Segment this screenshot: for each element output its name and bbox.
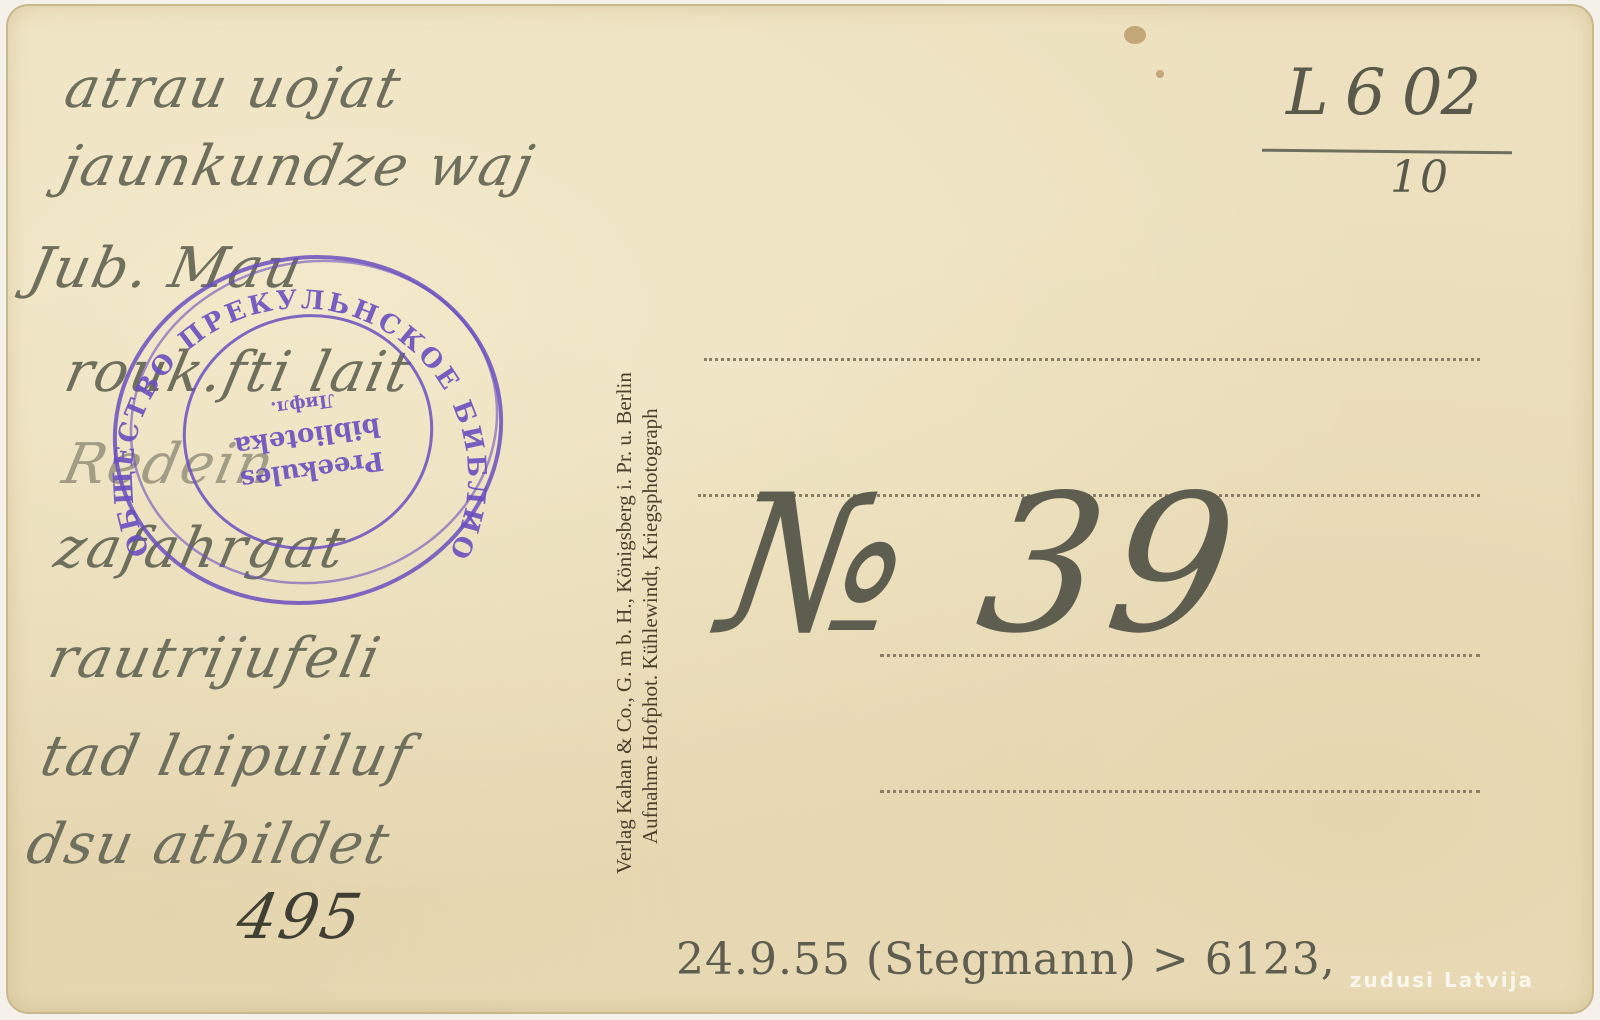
address-line bbox=[880, 790, 1480, 793]
footer-note: 24.9.55 (Stegmann) > 6123, bbox=[676, 934, 1336, 985]
message-line: tad laipuiluf bbox=[35, 724, 418, 789]
svg-text:Лифл.: Лифл. bbox=[269, 389, 336, 419]
stain-mark bbox=[1124, 26, 1146, 44]
publisher-imprint-line1: Verlag Kahan & Co., G. m b. H., Königsbe… bbox=[612, 372, 637, 874]
watermark: zudusi Latvija bbox=[1350, 968, 1534, 992]
archive-denominator: 10 bbox=[1390, 152, 1450, 203]
publisher-imprint-line2: Aufnahme Hofphot. Kühlewindt, Kriegsphot… bbox=[638, 408, 663, 844]
postcard-back: atrau uojat jaunkundze waj Jub. Mau rouk… bbox=[6, 4, 1594, 1014]
address-line bbox=[704, 358, 1480, 361]
library-stamp: ОБЩЕСТВО ПРЕКУЛЬНСКОЕ БИБЛИОТ. Preekules… bbox=[110, 252, 506, 608]
archive-code: L 6 02 bbox=[1286, 56, 1479, 130]
message-line: dsu atbildet bbox=[21, 812, 396, 877]
message-line: jaunkundze waj bbox=[55, 134, 541, 199]
stain-mark bbox=[1156, 70, 1164, 78]
message-line: atrau uojat bbox=[59, 56, 408, 121]
archive-divider bbox=[1262, 149, 1512, 155]
number-mark: № 39 bbox=[710, 454, 1255, 675]
message-line: rautrijufeli bbox=[43, 626, 387, 691]
handwritten-number: 495 bbox=[232, 880, 369, 953]
